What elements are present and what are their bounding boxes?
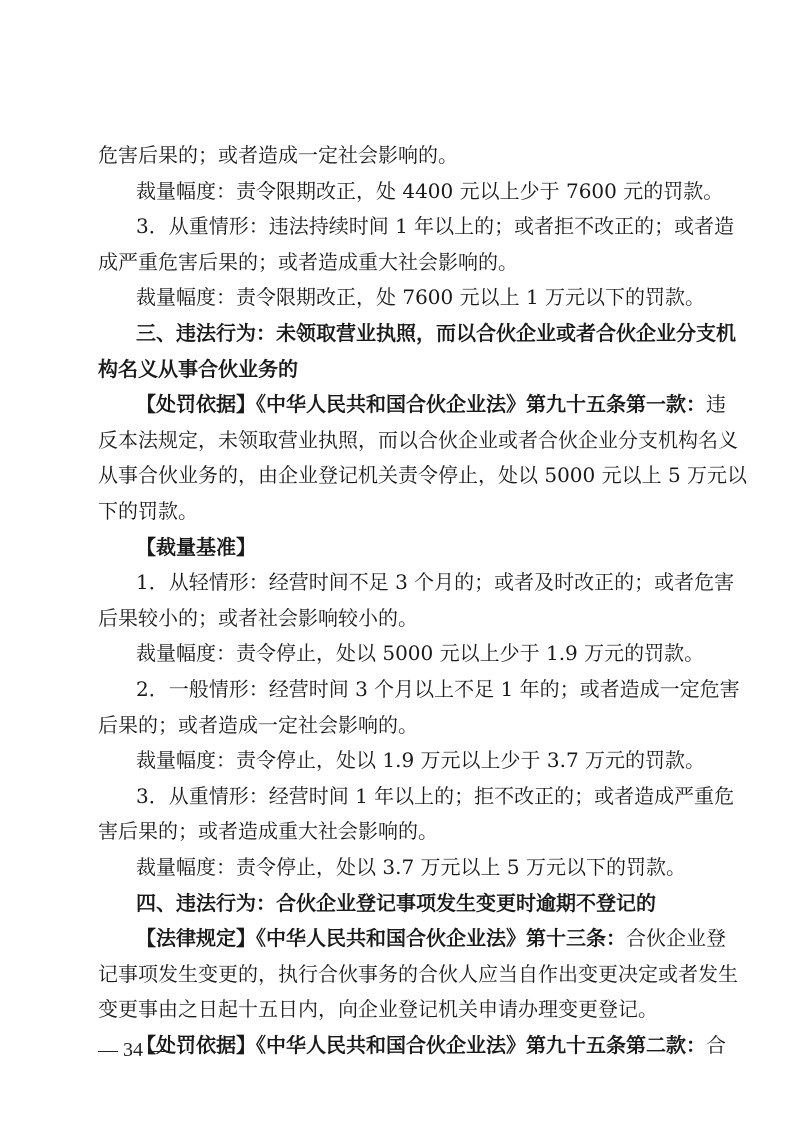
bold-label: 【处罚依据】《中华人民共和国合伙企业法》第九十五条第一款： [136,392,706,416]
page-number: — 34 — [98,1035,168,1065]
text-line: 变更事由之日起十五日内，向企业登记机关申请办理变更登记。 [98,994,694,1024]
text-line: 裁量幅度：责令停止，处以 1.9 万元以上少于 3.7 万元的罚款。 [136,745,694,775]
text-line: 裁量幅度：责令停止，处以 3.7 万元以上 5 万元以下的罚款。 [136,852,694,882]
text-line: 裁量幅度：责令停止，处以 5000 元以上少于 1.9 万元的罚款。 [136,638,694,668]
section-heading-line: 构名义从事合伙业务的 [98,354,694,384]
text-line: 3．从重情形：违法持续时间 1 年以上的；或者拒不改正的；或者造 [136,211,694,241]
bold-label: 【处罚依据】《中华人民共和国合伙企业法》第九十五条第二款： [136,1033,706,1057]
text-line: 【处罚依据】《中华人民共和国合伙企业法》第九十五条第二款：合 [136,1030,694,1060]
bold-label: 【裁量基准】 [136,535,256,559]
text-line: 3．从重情形：经营时间 1 年以上的；拒不改正的；或者造成严重危 [136,781,694,811]
text-line: 危害后果的；或者造成一定社会影响的。 [98,140,694,170]
text-line: 害后果的；或者造成重大社会影响的。 [98,816,694,846]
text-line: 后果的；或者造成一定社会影响的。 [98,710,694,740]
bold-label: 【法律规定】《中华人民共和国合伙企业法》第十三条： [136,926,626,950]
text-line: 1．从轻情形：经营时间不足 3 个月的；或者及时改正的；或者危害 [136,567,694,597]
section-heading-line: 三、违法行为：未领取营业执照，而以合伙企业或者合伙企业分支机 [136,318,694,348]
line-text: 违 [706,392,726,416]
document-page: 危害后果的；或者造成一定社会影响的。裁量幅度：责令限期改正，处 4400 元以上… [0,0,793,1122]
text-line: 裁量幅度：责令限期改正，处 7600 元以上 1 万元以下的罚款。 [136,282,694,312]
section-heading-line: 四、违法行为：合伙企业登记事项发生变更时逾期不登记的 [136,888,694,918]
line-text: 合 [706,1033,726,1057]
text-line: 记事项发生变更的，执行合伙事务的合伙人应当自作出变更决定或者发生 [98,959,694,989]
text-line: 2．一般情形：经营时间 3 个月以上不足 1 年的；或者造成一定危害 [136,674,694,704]
text-line: 反本法规定，未领取营业执照，而以合伙企业或者合伙企业分支机构名义 [98,425,694,455]
text-line: 下的罚款。 [98,496,694,526]
line-text: 合伙企业登 [626,926,726,950]
text-line: 后果较小的；或者社会影响较小的。 [98,603,694,633]
text-line: 【法律规定】《中华人民共和国合伙企业法》第十三条：合伙企业登 [136,923,694,953]
text-line: 【处罚依据】《中华人民共和国合伙企业法》第九十五条第一款：违 [136,389,694,419]
text-line: 成严重危害后果的；或者造成重大社会影响的。 [98,247,694,277]
text-line: 【裁量基准】 [136,532,694,562]
text-line: 裁量幅度：责令限期改正，处 4400 元以上少于 7600 元的罚款。 [136,176,694,206]
text-line: 从事合伙业务的，由企业登记机关责令停止，处以 5000 元以上 5 万元以 [98,460,694,490]
